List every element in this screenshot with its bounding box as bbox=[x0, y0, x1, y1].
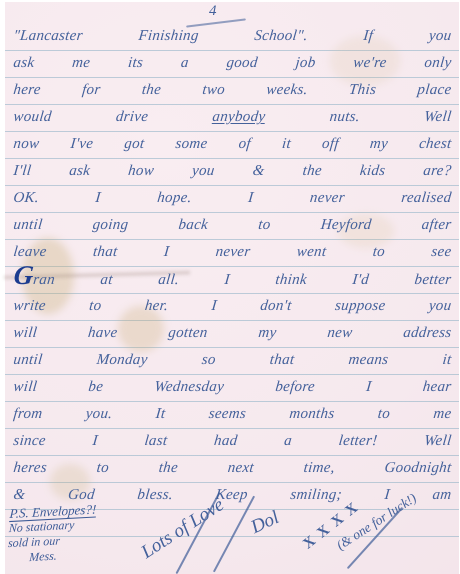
letter-line-6: I'll ask how you & the kids are? bbox=[12, 158, 453, 185]
letter-line-13: until Monday so that means it bbox=[12, 347, 453, 374]
letter-line-5: now I've got some of it off my chest bbox=[12, 131, 453, 158]
letter-line-16: since I last had a letter! Well bbox=[12, 428, 453, 455]
letter-line-17: heres to the next time, Goodnight bbox=[12, 455, 453, 482]
letter-line-11: write to her. I don't suppose you bbox=[12, 293, 453, 320]
letter-line-14: will be Wednesday before I hear bbox=[12, 374, 453, 401]
page-number: 4 bbox=[209, 3, 217, 20]
letter-line-4: would drive anybody nuts. Well bbox=[12, 104, 453, 131]
letter-line-9: leave that I never went to see bbox=[12, 239, 453, 266]
letter-line-7: OK. I hope. I never realised bbox=[12, 185, 453, 212]
letter-line-10: Gran at all. I think I'd better bbox=[12, 266, 453, 293]
postscript-block: P.S. Envelopes?! No stationary sold in o… bbox=[7, 500, 130, 567]
letter-line-1: "Lancaster Finishing School". If you bbox=[12, 23, 453, 50]
letter-line-8: until going back to Heyford after bbox=[12, 212, 453, 239]
letter-line-15: from you. It seems months to me bbox=[12, 401, 453, 428]
letter-line-12: will have gotten my new address bbox=[12, 320, 453, 347]
letter-line-2: ask me its a good job we're only bbox=[12, 50, 453, 77]
line-4-post: nuts. Well bbox=[265, 109, 453, 125]
line-4-underlined-word: anybody bbox=[212, 109, 267, 125]
line-4-pre: would drive bbox=[13, 109, 214, 125]
line-10-rest: ran at all. I think I'd better bbox=[32, 272, 452, 288]
letter-line-3: here for the two weeks. This place bbox=[12, 77, 453, 104]
